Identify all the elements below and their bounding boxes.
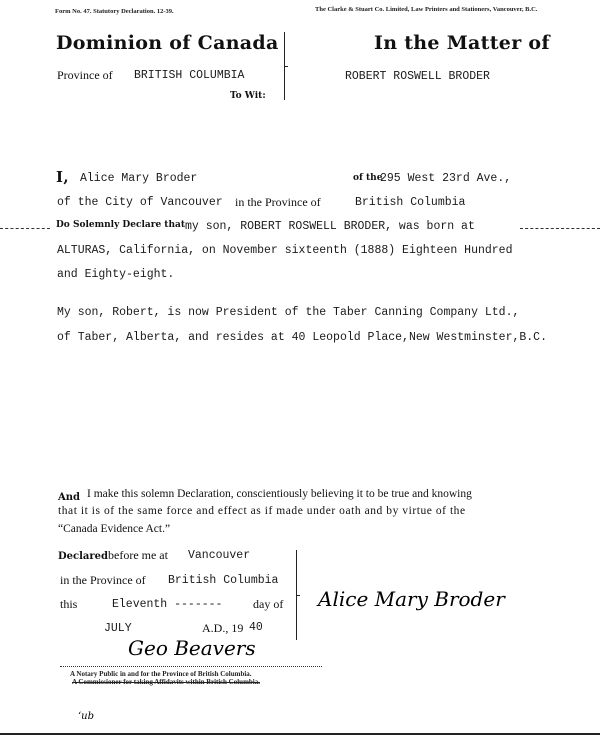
form-number-note: Form No. 47. Statutory Declaration. 12-3… [55, 8, 174, 15]
margin-dash-left [0, 228, 50, 229]
day-of-label: day of [253, 597, 283, 612]
closing-line-2: that it is of the same force and effect … [58, 505, 466, 517]
notary-caption-2: A Commissioner for taking Affidavits wit… [72, 678, 260, 686]
this-label: this [60, 597, 77, 612]
province-value: BRITISH COLUMBIA [134, 69, 244, 82]
matter-subject: ROBERT ROSWELL BRODER [345, 70, 490, 83]
before-me-label: before me at [108, 548, 168, 563]
notary-caption-1: A Notary Public in and for the Province … [70, 670, 252, 678]
declarant-name: Alice Mary Broder [80, 172, 197, 185]
closing-line-3: “Canada Evidence Act.” [58, 523, 170, 535]
of-the-label: of the [353, 173, 382, 183]
declarant-signature: Alice Mary Broder [318, 587, 505, 611]
jurat-province-value: British Columbia [168, 574, 278, 587]
province-in-label: in the Province of [235, 195, 321, 210]
declaration-line-3: and Eighty-eight. [57, 268, 174, 281]
solemnly-declare-label: Do Solemnly Declare that [56, 220, 185, 230]
and-label: And [58, 492, 80, 503]
declared-label: Declared [58, 551, 108, 562]
declarant-address: 295 West 23rd Ave., [380, 172, 511, 185]
notary-signature-line [60, 666, 322, 667]
closing-line-1: I make this solemn Declaration, conscien… [87, 488, 472, 500]
jurat-place: Vancouver [188, 549, 250, 562]
matter-heading: In the Matter of [374, 32, 550, 54]
margin-dash-right [520, 228, 600, 229]
margin-mark: ‘ub [78, 711, 94, 722]
jurat-day: Eleventh ------- [112, 598, 222, 611]
jurat-bracket [292, 550, 297, 640]
paragraph-2-line-2: of Taber, Alberta, and resides at 40 Leo… [57, 331, 547, 344]
title-bracket [280, 32, 285, 100]
page-bottom-edge [0, 733, 600, 735]
province-label: Province of [57, 68, 113, 83]
dominion-heading: Dominion of Canada [56, 32, 279, 54]
jurat-province-label: in the Province of [60, 573, 146, 588]
to-wit-label: To Wit: [230, 91, 266, 101]
declaration-line-1: my son, ROBERT ROSWELL BRODER, was born … [185, 220, 475, 233]
ad-label: A.D., 19 [202, 621, 243, 636]
province-in-value: British Columbia [355, 196, 465, 209]
printer-note: The Clarke & Stuart Co. Limited, Law Pri… [315, 6, 537, 13]
jurat-year-suffix: 40 [249, 621, 263, 634]
declaration-line-2: ALTURAS, California, on November sixteen… [57, 244, 512, 257]
notary-signature: Geo Beavers [128, 636, 256, 660]
jurat-month: JULY [104, 622, 132, 635]
paragraph-2-line-1: My son, Robert, is now President of the … [57, 306, 519, 319]
i-label: I, [56, 168, 69, 186]
city-line: of the City of Vancouver [57, 196, 223, 209]
